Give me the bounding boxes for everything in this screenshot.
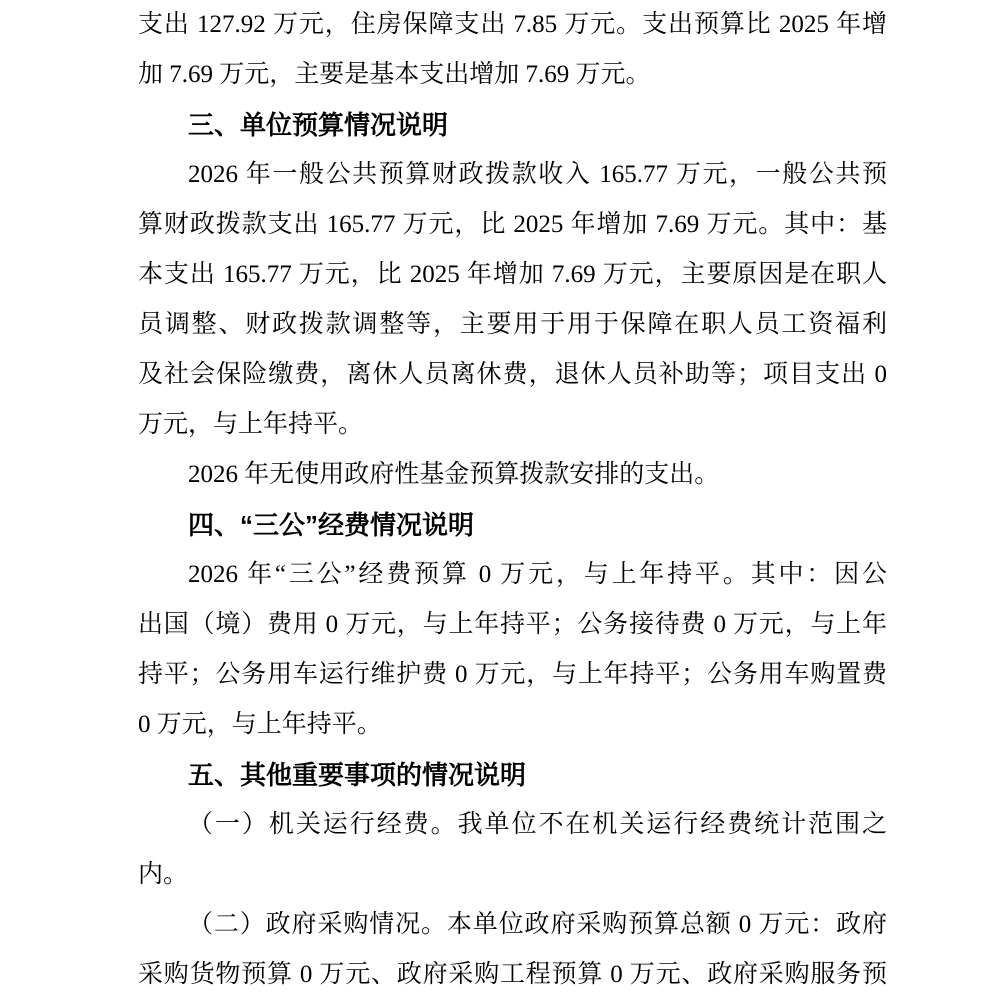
text-line: 2026 年一般公共预算财政拨款收入 165.77 万元，一般公共预 — [138, 150, 887, 200]
section-heading: 三、单位预算情况说明 — [138, 100, 887, 150]
text-line: 万元，与上年持平。 — [138, 400, 887, 450]
text-line: 支出 127.92 万元，住房保障支出 7.85 万元。支出预算比 2025 年… — [138, 0, 887, 50]
text-line: 算财政拨款支出 165.77 万元，比 2025 年增加 7.69 万元。其中：… — [138, 200, 887, 250]
text-line: 加 7.69 万元，主要是基本支出增加 7.69 万元。 — [138, 50, 887, 100]
text-line: 2026 年无使用政府性基金预算拨款安排的支出。 — [138, 450, 887, 500]
text-line: 采购货物预算 0 万元、政府采购工程预算 0 万元、政府采购服务预 — [138, 950, 887, 1000]
text-line: 员调整、财政拨款调整等，主要用于用于保障在职人员工资福利 — [138, 300, 887, 350]
section-heading: 五、其他重要事项的情况说明 — [138, 750, 887, 800]
text-line: 内。 — [138, 850, 887, 900]
text-line: 持平；公务用车运行维护费 0 万元，与上年持平；公务用车购置费 — [138, 650, 887, 700]
text-line: （一）机关运行经费。我单位不在机关运行经费统计范围之 — [138, 800, 887, 850]
text-line: （二）政府采购情况。本单位政府采购预算总额 0 万元：政府 — [138, 900, 887, 950]
text-line: 及社会保险缴费，离休人员离休费，退休人员补助等；项目支出 0 — [138, 350, 887, 400]
text-line: 出国（境）费用 0 万元，与上年持平；公务接待费 0 万元，与上年 — [138, 600, 887, 650]
text-line: 2026 年“三公”经费预算 0 万元，与上年持平。其中：因公 — [138, 550, 887, 600]
document-page: 支出 127.92 万元，住房保障支出 7.85 万元。支出预算比 2025 年… — [0, 0, 1000, 1003]
text-line: 本支出 165.77 万元，比 2025 年增加 7.69 万元，主要原因是在职… — [138, 250, 887, 300]
section-heading: 四、“三公”经费情况说明 — [138, 500, 887, 550]
text-line: 0 万元，与上年持平。 — [138, 700, 887, 750]
